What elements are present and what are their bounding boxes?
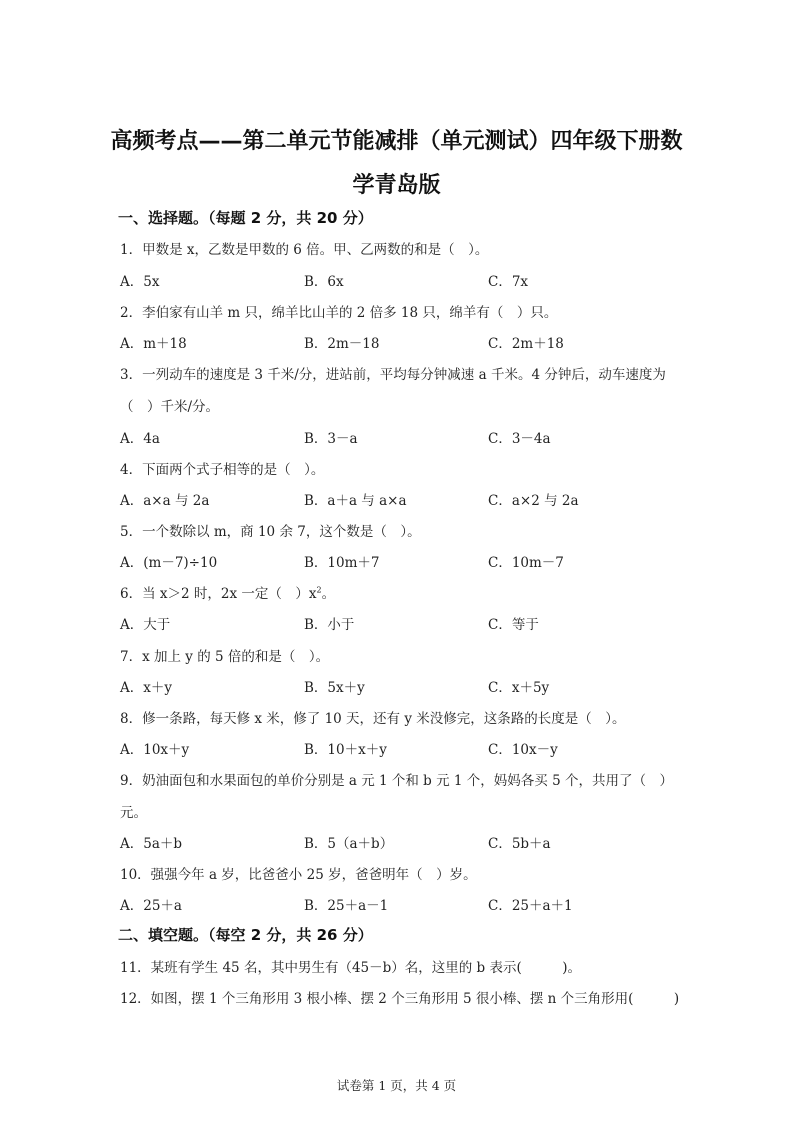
question-10-option-a: A．25＋a: [120, 894, 182, 914]
question-4-option-c: C．a×2 与 2a: [488, 489, 579, 509]
question-5-option-b: B．10m＋7: [304, 551, 380, 571]
question-9-text-continued: 元。: [120, 801, 147, 821]
question-8-option-c: C．10x－y: [488, 738, 558, 758]
question-9-option-c: C．5b＋a: [488, 832, 551, 852]
question-4-option-b: B．a＋a 与 a×a: [304, 489, 407, 509]
question-9-option-a: A．5a＋b: [120, 832, 182, 852]
question-2-text: 2．李伯家有山羊 m 只，绵羊比山羊的 2 倍多 18 只，绵羊有（ ）只。: [120, 301, 557, 321]
question-6-text-end: 。: [322, 586, 336, 602]
question-8-option-a: A．10x＋y: [120, 738, 189, 758]
exam-page: 高频考点——第二单元节能减排（单元测试）四年级下册数 学青岛版 一、选择题。（每…: [0, 0, 793, 1122]
question-1-text: 1．甲数是 x，乙数是甲数的 6 倍。甲、乙两数的和是（ ）。: [120, 238, 488, 258]
question-10-option-c: C．25＋a＋1: [488, 894, 573, 914]
question-9-option-b: B．5（a＋b）: [304, 832, 393, 852]
question-7-option-a: A．x＋y: [120, 676, 172, 696]
question-7-text: 7．x 加上 y 的 5 倍的和是（ ）。: [120, 645, 329, 665]
question-4-option-a: A．a×a 与 2a: [120, 489, 209, 509]
page-footer: 试卷第 1 页，共 4 页: [0, 1076, 793, 1094]
question-3-option-c: C．3－4a: [488, 427, 551, 447]
question-2-option-b: B．2m－18: [304, 332, 380, 352]
question-5-option-a: A．(m－7)÷10: [120, 551, 217, 571]
question-2-option-c: C．2m＋18: [488, 332, 564, 352]
question-6-text-main: 6．当 x＞2 时，2x 一定（ ）x: [120, 586, 316, 602]
question-6-option-b: B．小于: [304, 613, 354, 633]
question-2-option-a: A．m＋18: [120, 332, 187, 352]
question-7-option-b: B．5x＋y: [304, 676, 365, 696]
question-1-option-a: A．5x: [120, 270, 159, 290]
section-heading-choice: 一、选择题。（每题 2 分，共 20 分）: [118, 207, 373, 228]
question-1-option-c: C．7x: [488, 270, 528, 290]
question-8-text: 8．修一条路，每天修 x 米，修了 10 天，还有 y 米没修完，这条路的长度是…: [120, 707, 626, 727]
question-6-option-a: A．大于: [120, 613, 170, 633]
question-10-option-b: B．25＋a－1: [304, 894, 388, 914]
page-title-line-2: 学青岛版: [110, 168, 683, 199]
question-12-text: 12．如图，摆 1 个三角形用 3 根小棒、摆 2 个三角形用 5 很小棒、摆 …: [120, 987, 679, 1007]
question-3-option-b: B．3－a: [304, 427, 358, 447]
question-10-text: 10．强强今年 a 岁，比爸爸小 25 岁，爸爸明年（ ）岁。: [120, 863, 477, 883]
question-5-text: 5．一个数除以 m，商 10 余 7，这个数是（ ）。: [120, 520, 421, 540]
question-7-option-c: C．x＋5y: [488, 676, 549, 696]
question-3-option-a: A．4a: [120, 427, 160, 447]
question-8-option-b: B．10＋x＋y: [304, 738, 387, 758]
question-3-text: 3．一列动车的速度是 3 千米/分，进站前，平均每分钟减速 a 千米。4 分钟后…: [120, 363, 666, 383]
page-title-line-1: 高频考点——第二单元节能减排（单元测试）四年级下册数: [110, 124, 683, 155]
question-6-text: 6．当 x＞2 时，2x 一定（ ）x2。: [120, 582, 335, 602]
question-9-text: 9．奶油面包和水果面包的单价分别是 a 元 1 个和 b 元 1 个，妈妈各买 …: [120, 769, 673, 789]
question-3-text-continued: （ ）千米/分。: [120, 395, 219, 415]
question-4-text: 4．下面两个式子相等的是（ ）。: [120, 458, 324, 478]
question-5-option-c: C．10m－7: [488, 551, 564, 571]
question-6-option-c: C．等于: [488, 613, 539, 633]
section-heading-fill-blank: 二、填空题。（每空 2 分，共 26 分）: [118, 924, 373, 945]
question-11-text: 11．某班有学生 45 名，其中男生有（45－b）名，这里的 b 表示( )。: [120, 956, 581, 976]
question-1-option-b: B．6x: [304, 270, 344, 290]
